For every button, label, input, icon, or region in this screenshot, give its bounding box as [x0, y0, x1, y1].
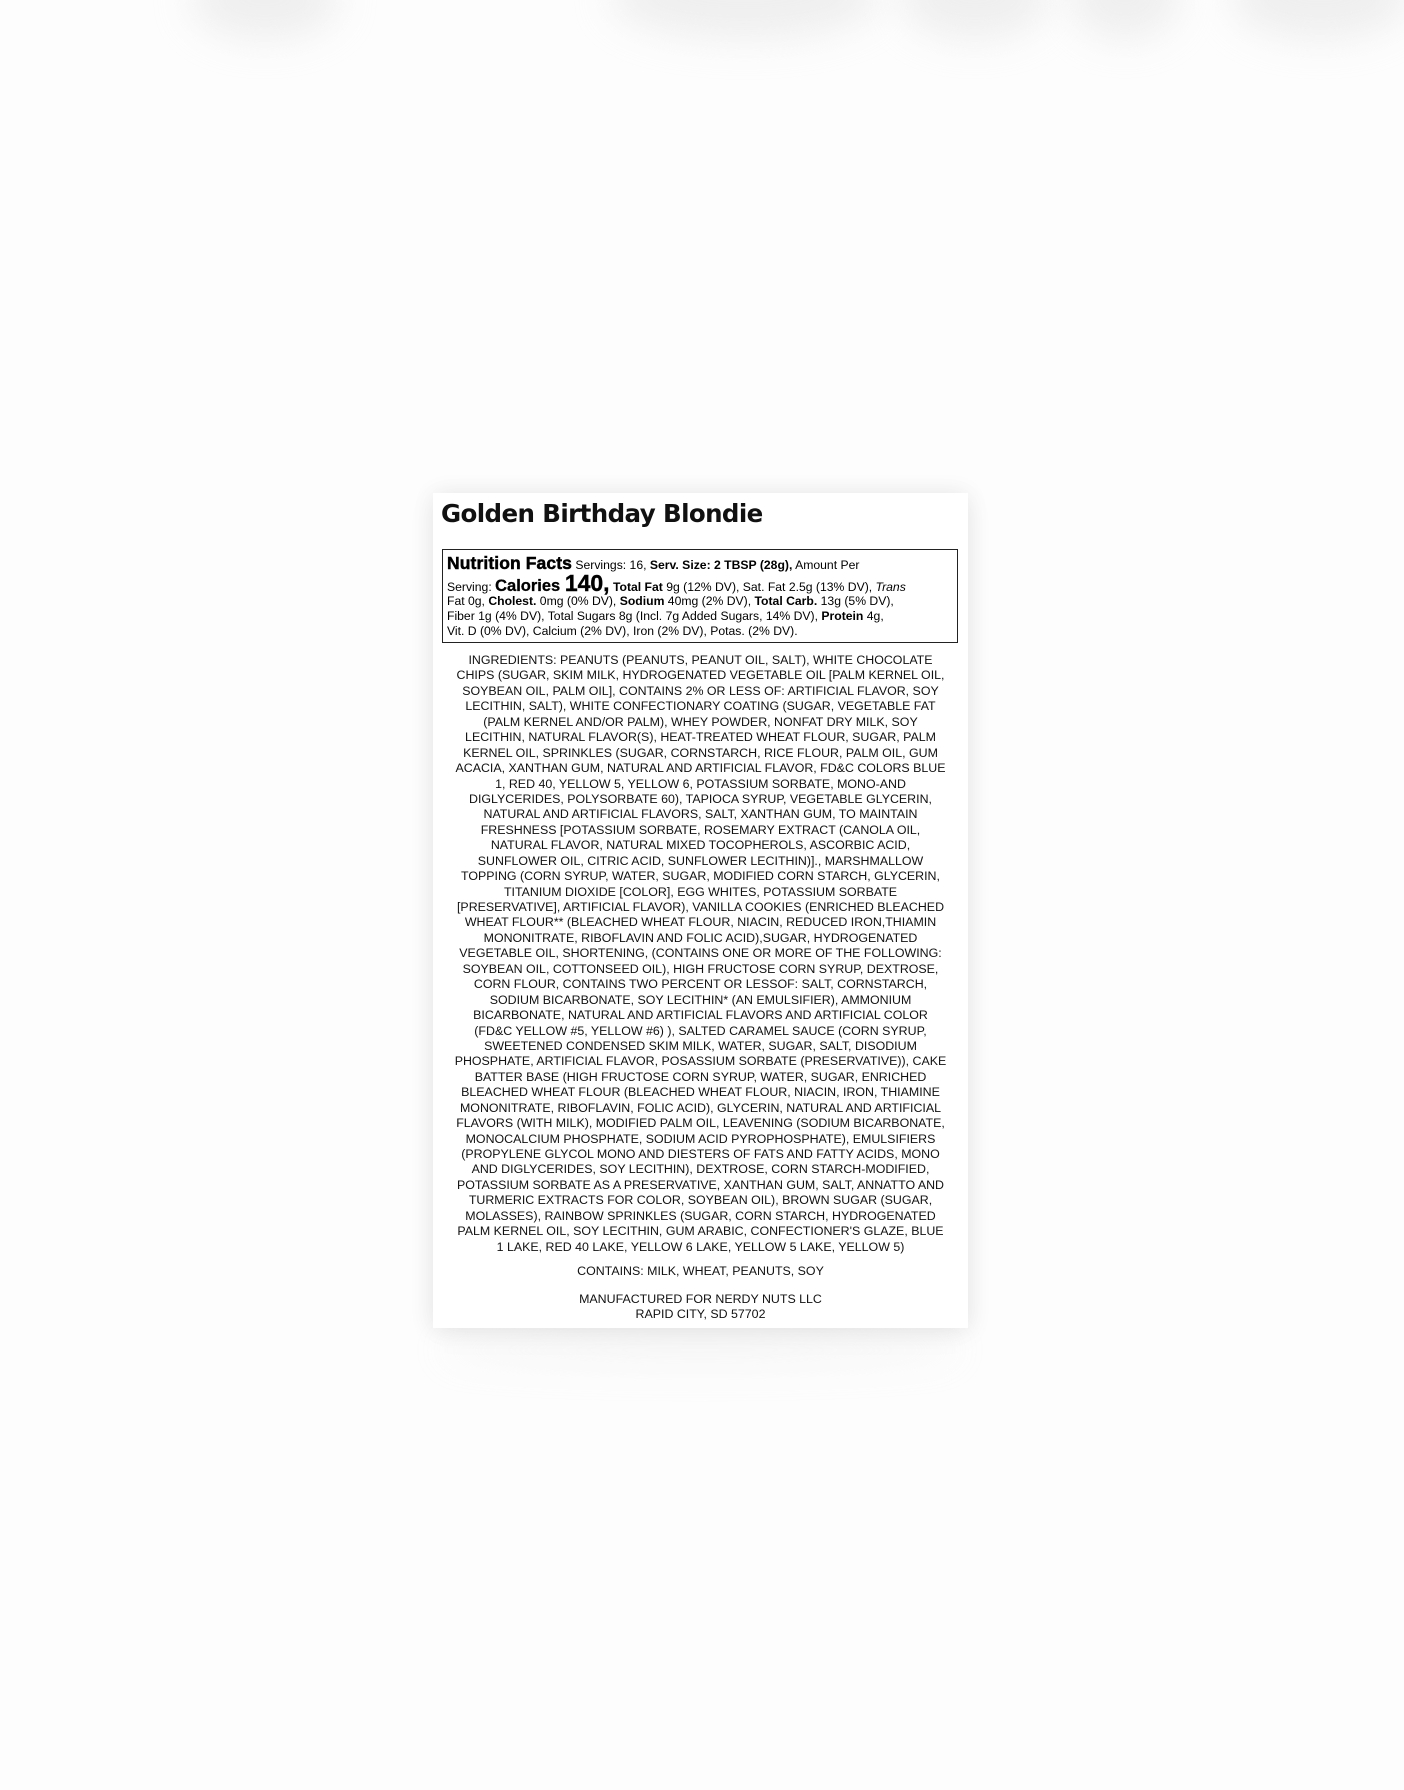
ingredients-line: NATURAL AND ARTIFICIAL FLAVORS, SALT, XA… [433, 807, 968, 822]
ingredients-line: PALM KERNEL OIL, SOY LECITHIN, GUM ARABI… [433, 1224, 968, 1239]
cholesterol-label: Cholest. [488, 594, 536, 608]
ingredients-line: KERNEL OIL, SPRINKLES (SUGAR, CORNSTARCH… [433, 746, 968, 761]
nutrition-facts-heading: Nutrition Facts [447, 553, 572, 573]
nutrition-line-5: Vit. D (0% DV), Calcium (2% DV), Iron (2… [447, 624, 953, 639]
protein-label: Protein [821, 609, 863, 623]
blurred-background-element [440, 1335, 960, 1365]
nutrition-facts-panel: Nutrition Facts Servings: 16, Serv. Size… [442, 549, 958, 643]
ingredients-line: PHOSPHATE, ARTIFICIAL FLAVOR, POSASSIUM … [433, 1054, 968, 1069]
manufacturer-address: RAPID CITY, SD 57702 [433, 1307, 968, 1322]
blurred-background-element [190, 0, 340, 40]
total-fat-value: 9g (12% DV), Sat. Fat 2.5g (13% DV), [663, 580, 876, 594]
vitamins-minerals-text: Vit. D (0% DV), Calcium (2% DV), Iron (2… [447, 624, 798, 638]
trans-fat-value: Fat 0g, [447, 594, 488, 608]
ingredients-line: TOPPING (CORN SYRUP, WATER, SUGAR, MODIF… [433, 869, 968, 884]
sodium-value: 40mg (2% DV), [664, 594, 754, 608]
ingredients-line: MONONITRATE, RIBOFLAVIN AND FOLIC ACID),… [433, 931, 968, 946]
manufacturer-name: MANUFACTURED FOR NERDY NUTS LLC [433, 1292, 968, 1307]
ingredients-line: CHIPS (SUGAR, SKIM MILK, HYDROGENATED VE… [433, 668, 968, 683]
ingredients-line: SUNFLOWER OIL, CITRIC ACID, SUNFLOWER LE… [433, 854, 968, 869]
manufacturer-info: MANUFACTURED FOR NERDY NUTS LLC RAPID CI… [433, 1292, 968, 1322]
allergen-statement: CONTAINS: MILK, WHEAT, PEANUTS, SOY [433, 1264, 968, 1279]
ingredients-list: INGREDIENTS: PEANUTS (PEANUTS, PEANUT OI… [433, 653, 968, 1255]
serving-prefix: Serving: [447, 580, 495, 594]
ingredients-line: 1, RED 40, YELLOW 5, YELLOW 6, POTASSIUM… [433, 777, 968, 792]
blurred-background-element [1230, 0, 1404, 40]
ingredients-line: TITANIUM DIOXIDE [COLOR], EGG WHITES, PO… [433, 885, 968, 900]
ingredients-line: 1 LAKE, RED 40 LAKE, YELLOW 6 LAKE, YELL… [433, 1240, 968, 1255]
ingredients-line: TURMERIC EXTRACTS FOR COLOR, SOYBEAN OIL… [433, 1193, 968, 1208]
calories-label: Calories [495, 577, 565, 595]
total-carb-label: Total Carb. [755, 594, 818, 608]
nutrition-line-1: Nutrition Facts Servings: 16, Serv. Size… [447, 553, 953, 573]
nutrition-line-4: Fiber 1g (4% DV), Total Sugars 8g (Incl.… [447, 609, 953, 624]
total-carb-value: 13g (5% DV), [817, 594, 894, 608]
sodium-label: Sodium [620, 594, 665, 608]
ingredients-line: INGREDIENTS: PEANUTS (PEANUTS, PEANUT OI… [433, 653, 968, 668]
ingredients-line: POTASSIUM SORBATE AS A PRESERVATIVE, XAN… [433, 1178, 968, 1193]
ingredients-line: SOYBEAN OIL, PALM OIL], CONTAINS 2% OR L… [433, 684, 968, 699]
ingredients-line: AND DIGLYCERIDES, SOY LECITHIN), DEXTROS… [433, 1162, 968, 1177]
nutrition-line-2: Serving: Calories 140, Total Fat 9g (12%… [447, 573, 953, 594]
ingredients-line: VEGETABLE OIL, SHORTENING, (CONTAINS ONE… [433, 946, 968, 961]
product-title: Golden Birthday Blondie [441, 497, 763, 531]
trans-fat-label: Trans [876, 580, 906, 594]
blurred-background-element [610, 0, 880, 40]
ingredients-line: LECITHIN, NATURAL FLAVOR(S), HEAT-TREATE… [433, 730, 968, 745]
ingredients-line: [PRESERVATIVE], ARTIFICIAL FLAVOR), VANI… [433, 900, 968, 915]
ingredients-line: (PROPYLENE GLYCOL MONO AND DIESTERS OF F… [433, 1147, 968, 1162]
ingredients-line: ACACIA, XANTHAN GUM, NATURAL AND ARTIFIC… [433, 761, 968, 776]
nutrition-label-card: Golden Birthday Blondie Nutrition Facts … [433, 493, 968, 1328]
ingredients-line: SWEETENED CONDENSED SKIM MILK, WATER, SU… [433, 1039, 968, 1054]
ingredients-line: MONONITRATE, RIBOFLAVIN, FOLIC ACID), GL… [433, 1101, 968, 1116]
ingredients-line: BLEACHED WHEAT FLOUR (BLEACHED WHEAT FLO… [433, 1085, 968, 1100]
ingredients-line: (PALM KERNEL AND/OR PALM), WHEY POWDER, … [433, 715, 968, 730]
nutrition-line-3: Fat 0g, Cholest. 0mg (0% DV), Sodium 40m… [447, 594, 953, 609]
serving-size: Serv. Size: 2 TBSP (28g), [650, 558, 792, 572]
ingredients-line: (FD&C YELLOW #5, YELLOW #6) ), SALTED CA… [433, 1024, 968, 1039]
ingredients-line: LECITHIN, SALT), WHITE CONFECTIONARY COA… [433, 699, 968, 714]
ingredients-line: NATURAL FLAVOR, NATURAL MIXED TOCOPHEROL… [433, 838, 968, 853]
ingredients-line: WHEAT FLOUR** (BLEACHED WHEAT FLOUR, NIA… [433, 915, 968, 930]
cholesterol-value: 0mg (0% DV), [536, 594, 619, 608]
ingredients-line: MONOCALCIUM PHOSPHATE, SODIUM ACID PYROP… [433, 1132, 968, 1147]
amount-per-text: Amount Per [792, 558, 859, 572]
ingredients-line: SOYBEAN OIL, COTTONSEED OIL), HIGH FRUCT… [433, 962, 968, 977]
blurred-background-element [900, 0, 1050, 40]
ingredients-line: MOLASSES), RAINBOW SPRINKLES (SUGAR, COR… [433, 1209, 968, 1224]
fiber-sugars-text: Fiber 1g (4% DV), Total Sugars 8g (Incl.… [447, 609, 821, 623]
ingredients-line: FRESHNESS [POTASSIUM SORBATE, ROSEMARY E… [433, 823, 968, 838]
calories-value: 140, [565, 570, 610, 596]
blurred-background-element [1070, 0, 1180, 40]
ingredients-line: CORN FLOUR, CONTAINS TWO PERCENT OR LESS… [433, 977, 968, 992]
total-fat-label: Total Fat [610, 580, 663, 594]
ingredients-line: DIGLYCERIDES, POLYSORBATE 60), TAPIOCA S… [433, 792, 968, 807]
ingredients-line: BICARBONATE, NATURAL AND ARTIFICIAL FLAV… [433, 1008, 968, 1023]
protein-value: 4g, [863, 609, 883, 623]
ingredients-line: SODIUM BICARBONATE, SOY LECITHIN* (AN EM… [433, 993, 968, 1008]
ingredients-line: FLAVORS (WITH MILK), MODIFIED PALM OIL, … [433, 1116, 968, 1131]
ingredients-line: BATTER BASE (HIGH FRUCTOSE CORN SYRUP, W… [433, 1070, 968, 1085]
